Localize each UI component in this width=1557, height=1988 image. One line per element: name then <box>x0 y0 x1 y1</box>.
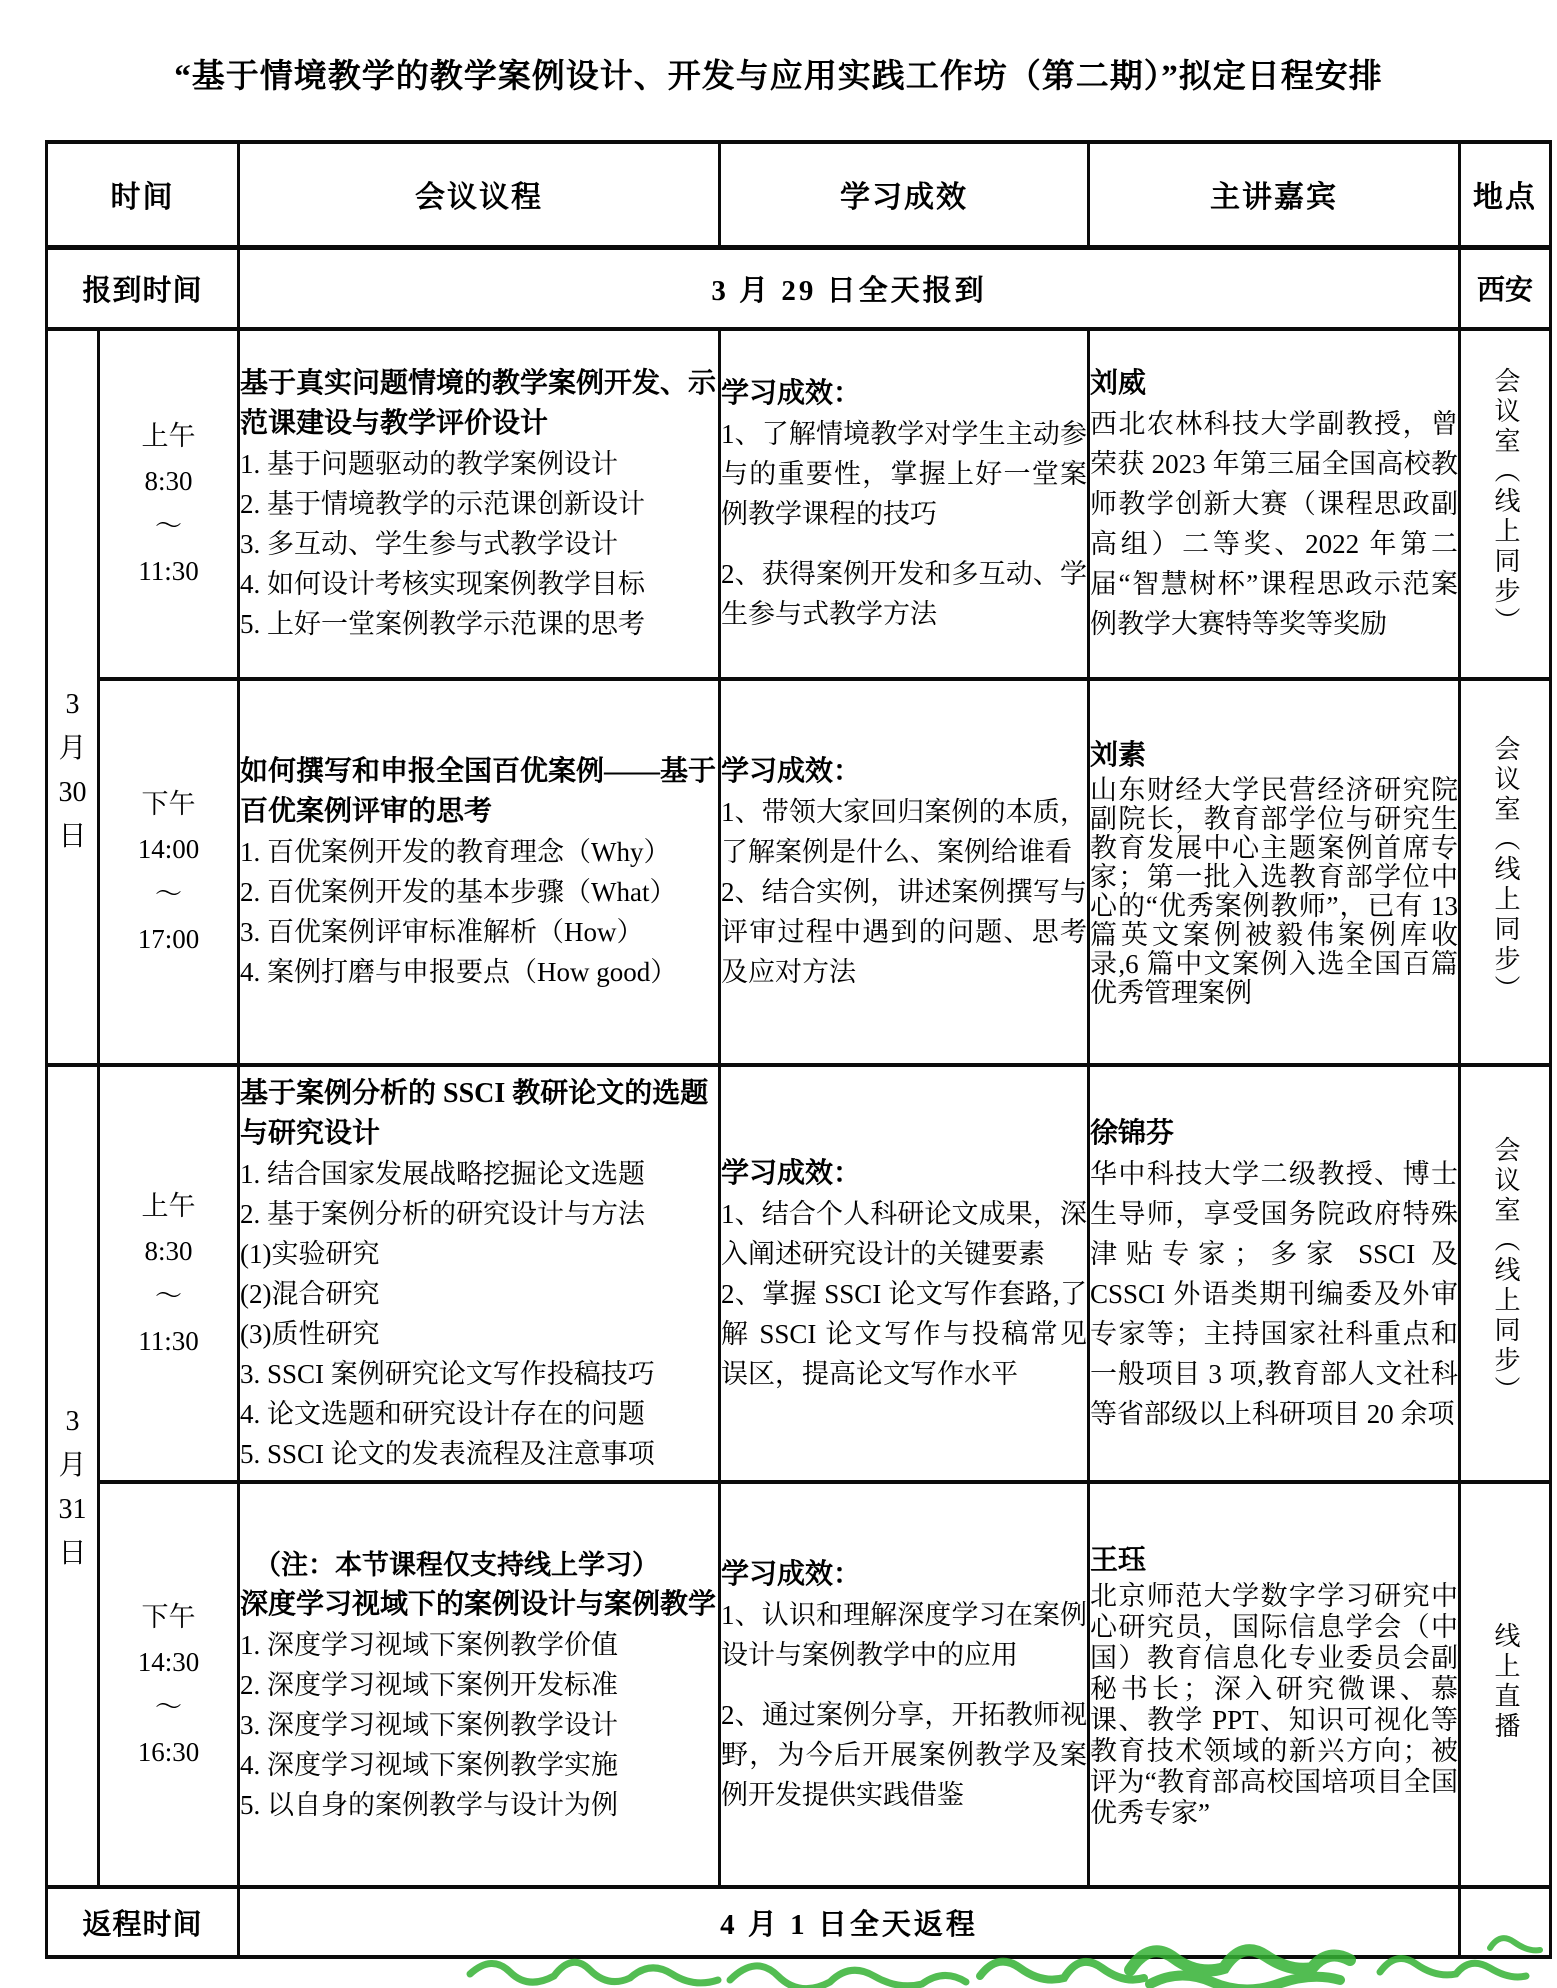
time-cell: 上午 8:30 ～ 11:30 <box>99 1065 239 1482</box>
list-line: 5. 以自身的案例教学与设计为例 <box>240 1785 718 1825</box>
header-location: 地点 <box>1460 142 1551 247</box>
speaker-name: 刘素 <box>1090 736 1458 776</box>
speaker-cell: 徐锦芬 华中科技大学二级教授、博士生导师，享受国务院政府特殊津贴专家；多家 SS… <box>1089 1065 1460 1482</box>
agenda-item-list: 1. 基于问题驱动的教学案例设计2. 基于情境教学的示范课创新设计3. 多互动、… <box>240 444 718 644</box>
list-line: 5. SSCI 论文的发表流程及注意事项 <box>240 1434 718 1474</box>
list-line: 1、带领大家回归案例的本质，了解案例是什么、案例给谁看 <box>721 792 1087 872</box>
speaker-name: 徐锦芬 <box>1090 1114 1458 1154</box>
agenda-cell: 基于真实问题情境的教学案例开发、示范课建设与教学评价设计 1. 基于问题驱动的教… <box>239 329 720 679</box>
header-outcomes: 学习成效 <box>720 142 1089 247</box>
time-cell: 下午 14:30 ～ 16:30 <box>99 1482 239 1887</box>
outcomes-heading: 学习成效： <box>721 1154 1087 1194</box>
agenda-cell: 基于案例分析的 SSCI 教研论文的选题与研究设计 1. 结合国家发展战略挖掘论… <box>239 1065 720 1482</box>
list-line: 1、认识和理解深度学习在案例设计与案例教学中的应用 <box>721 1595 1087 1675</box>
list-line: 2、通过案例分享，开拓教师视野，为今后开展案例教学及案例开发提供实践借鉴 <box>721 1695 1087 1815</box>
session-location: 会议室（线上同步） <box>1490 735 1520 1005</box>
agenda-cell: 如何撰写和申报全国百优案例——基于百优案例评审的思考 1. 百优案例开发的教育理… <box>239 679 720 1065</box>
outcomes-heading: 学习成效： <box>721 374 1087 414</box>
session-time: 下午 14:00 ～ 17:00 <box>100 782 237 962</box>
date-mar30: 3 月 30 日 <box>48 535 97 859</box>
speaker-cell: 刘素 山东财经大学民营经济研究院副院长，教育部学位与研究生教育发展中心主题案例首… <box>1089 679 1460 1065</box>
session-row: 下午 14:00 ～ 17:00 如何撰写和申报全国百优案例——基于百优案例评审… <box>47 679 1551 1065</box>
list-line: 1、了解情境教学对学生主动参与的重要性，掌握上好一堂案例教学课程的技巧 <box>721 414 1087 534</box>
table-header-row: 时间 会议议程 学习成效 主讲嘉宾 地点 <box>47 142 1551 247</box>
speaker-bio: 北京师范大学数字学习研究中心研究员，国际信息学会（中国）教育信息化专业委员会副秘… <box>1090 1581 1458 1829</box>
list-line: 1. 百优案例开发的教育理念（Why） <box>240 832 718 872</box>
outcome-list: 1、带领大家回归案例的本质，了解案例是什么、案例给谁看2、结合实例，讲述案例撰写… <box>721 792 1087 992</box>
header-agenda: 会议议程 <box>239 142 720 247</box>
list-line: 2. 百优案例开发的基本步骤（What） <box>240 872 718 912</box>
session-time: 下午 14:30 ～ 16:30 <box>100 1595 237 1775</box>
speaker-cell: 刘威 西北农林科技大学副教授，曾荣获 2023 年第三届全国高校教师教学创新大赛… <box>1089 329 1460 679</box>
agenda-title: 基于案例分析的 SSCI 教研论文的选题与研究设计 <box>240 1074 718 1154</box>
session-location: 会议室（线上同步） <box>1490 1136 1520 1406</box>
list-line: 2、获得案例开发和多互动、学生参与式教学方法 <box>721 554 1087 634</box>
outcomes-cell: 学习成效： 1、认识和理解深度学习在案例设计与案例教学中的应用2、通过案例分享，… <box>720 1482 1089 1887</box>
date-mar31: 3 月 31 日 <box>48 1376 97 1576</box>
list-line: 5. 上好一堂案例教学示范课的思考 <box>240 604 718 644</box>
checkin-location: 西安 <box>1460 247 1551 329</box>
return-content: 4 月 1 日全天返程 <box>239 1887 1460 1957</box>
session-location: 线上直播 <box>1490 1622 1520 1742</box>
list-line: (2)混合研究 <box>240 1274 718 1314</box>
outcomes-cell: 学习成效： 1、带领大家回归案例的本质，了解案例是什么、案例给谁看2、结合实例，… <box>720 679 1089 1065</box>
checkin-content: 3 月 29 日全天报到 <box>239 247 1460 329</box>
outcomes-heading: 学习成效： <box>721 1555 1087 1595</box>
agenda-item-list: 1. 百优案例开发的教育理念（Why）2. 百优案例开发的基本步骤（What）3… <box>240 832 718 992</box>
outcomes-cell: 学习成效： 1、结合个人科研论文成果，深入阐述研究设计的关键要素2、掌握 SSC… <box>720 1065 1089 1482</box>
session-row: 3 月 31 日 上午 8:30 ～ 11:30 基于案例分析的 SSCI 教研… <box>47 1065 1551 1482</box>
session-time: 上午 8:30 ～ 11:30 <box>100 414 237 594</box>
list-line: 1. 基于问题驱动的教学案例设计 <box>240 444 718 484</box>
outcomes-heading: 学习成效： <box>721 752 1087 792</box>
list-line: (1)实验研究 <box>240 1234 718 1274</box>
header-speaker: 主讲嘉宾 <box>1089 142 1460 247</box>
agenda-note: （注：本节课程仅支持线上学习） <box>240 1545 718 1585</box>
speaker-name: 王珏 <box>1090 1541 1458 1581</box>
speaker-name: 刘威 <box>1090 364 1458 404</box>
agenda-item-list: 1. 结合国家发展战略挖掘论文选题2. 基于案例分析的研究设计与方法(1)实验研… <box>240 1154 718 1474</box>
agenda-title: 基于真实问题情境的教学案例开发、示范课建设与教学评价设计 <box>240 364 718 444</box>
list-line <box>721 534 1087 554</box>
agenda-title: 如何撰写和申报全国百优案例——基于百优案例评审的思考 <box>240 752 718 832</box>
location-cell: 会议室（线上同步） <box>1460 1065 1551 1482</box>
list-line: 1. 深度学习视域下案例教学价值 <box>240 1625 718 1665</box>
location-cell: 会议室（线上同步） <box>1460 329 1551 679</box>
speaker-cell: 王珏 北京师范大学数字学习研究中心研究员，国际信息学会（中国）教育信息化专业委员… <box>1089 1482 1460 1887</box>
session-time: 上午 8:30 ～ 11:30 <box>100 1184 237 1364</box>
outcome-list: 1、结合个人科研论文成果，深入阐述研究设计的关键要素2、掌握 SSCI 论文写作… <box>721 1194 1087 1394</box>
list-line: 2、结合实例，讲述案例撰写与评审过程中遇到的问题、思考及应对方法 <box>721 872 1087 992</box>
page-title: “基于情境教学的教学案例设计、开发与应用实践工作坊（第二期）”拟定日程安排 <box>0 50 1557 97</box>
return-location <box>1460 1887 1551 1957</box>
agenda-cell: （注：本节课程仅支持线上学习） 深度学习视域下的案例设计与案例教学 1. 深度学… <box>239 1482 720 1887</box>
list-line: 2、掌握 SSCI 论文写作套路,了解 SSCI 论文写作与投稿常见误区，提高论… <box>721 1274 1087 1394</box>
checkin-row: 报到时间 3 月 29 日全天报到 西安 <box>47 247 1551 329</box>
return-row: 返程时间 4 月 1 日全天返程 <box>47 1887 1551 1957</box>
schedule-table: 时间 会议议程 学习成效 主讲嘉宾 地点 报到时间 3 月 29 日全天报到 西… <box>45 140 1552 1959</box>
outcome-list: 1、了解情境教学对学生主动参与的重要性，掌握上好一堂案例教学课程的技巧2、获得案… <box>721 414 1087 634</box>
speaker-bio: 华中科技大学二级教授、博士生导师，享受国务院政府特殊津贴专家；多家 SSCI 及… <box>1090 1154 1458 1434</box>
header-time: 时间 <box>47 142 239 247</box>
outcomes-cell: 学习成效： 1、了解情境教学对学生主动参与的重要性，掌握上好一堂案例教学课程的技… <box>720 329 1089 679</box>
location-cell: 线上直播 <box>1460 1482 1551 1887</box>
checkin-label: 报到时间 <box>47 247 239 329</box>
session-row: 下午 14:30 ～ 16:30 （注：本节课程仅支持线上学习） 深度学习视域下… <box>47 1482 1551 1887</box>
session-row: 3 月 30 日 上午 8:30 ～ 11:30 基于真实问题情境的教学案例开发… <box>47 329 1551 679</box>
speaker-bio: 西北农林科技大学副教授，曾荣获 2023 年第三届全国高校教师教学创新大赛（课程… <box>1090 404 1458 644</box>
document-page: “基于情境教学的教学案例设计、开发与应用实践工作坊（第二期）”拟定日程安排 时间… <box>0 0 1557 1988</box>
list-line: 1、结合个人科研论文成果，深入阐述研究设计的关键要素 <box>721 1194 1087 1274</box>
list-line: 1. 结合国家发展战略挖掘论文选题 <box>240 1154 718 1194</box>
list-line: 4. 如何设计考核实现案例教学目标 <box>240 564 718 604</box>
list-line: 3. SSCI 案例研究论文写作投稿技巧 <box>240 1354 718 1394</box>
time-cell: 下午 14:00 ～ 17:00 <box>99 679 239 1065</box>
location-cell: 会议室（线上同步） <box>1460 679 1551 1065</box>
return-label: 返程时间 <box>47 1887 239 1957</box>
list-line: 2. 深度学习视域下案例开发标准 <box>240 1665 718 1705</box>
speaker-bio: 山东财经大学民营经济研究院副院长，教育部学位与研究生教育发展中心主题案例首席专家… <box>1090 776 1458 1008</box>
list-line: 4. 深度学习视域下案例教学实施 <box>240 1745 718 1785</box>
agenda-title: 深度学习视域下的案例设计与案例教学 <box>240 1585 718 1625</box>
time-cell: 上午 8:30 ～ 11:30 <box>99 329 239 679</box>
list-line: (3)质性研究 <box>240 1314 718 1354</box>
list-line: 4. 论文选题和研究设计存在的问题 <box>240 1394 718 1434</box>
list-line: 4. 案例打磨与申报要点（How good） <box>240 952 718 992</box>
list-line: 2. 基于情境教学的示范课创新设计 <box>240 484 718 524</box>
list-line: 3. 百优案例评审标准解析（How） <box>240 912 718 952</box>
list-line <box>721 1675 1087 1695</box>
list-line: 3. 深度学习视域下案例教学设计 <box>240 1705 718 1745</box>
agenda-item-list: 1. 深度学习视域下案例教学价值2. 深度学习视域下案例开发标准3. 深度学习视… <box>240 1625 718 1825</box>
date-cell-mar30: 3 月 30 日 <box>47 329 99 1065</box>
date-cell-mar31: 3 月 31 日 <box>47 1065 99 1887</box>
list-line: 2. 基于案例分析的研究设计与方法 <box>240 1194 718 1234</box>
session-location: 会议室（线上同步） <box>1490 367 1520 637</box>
list-line: 3. 多互动、学生参与式教学设计 <box>240 524 718 564</box>
outcome-list: 1、认识和理解深度学习在案例设计与案例教学中的应用2、通过案例分享，开拓教师视野… <box>721 1595 1087 1815</box>
